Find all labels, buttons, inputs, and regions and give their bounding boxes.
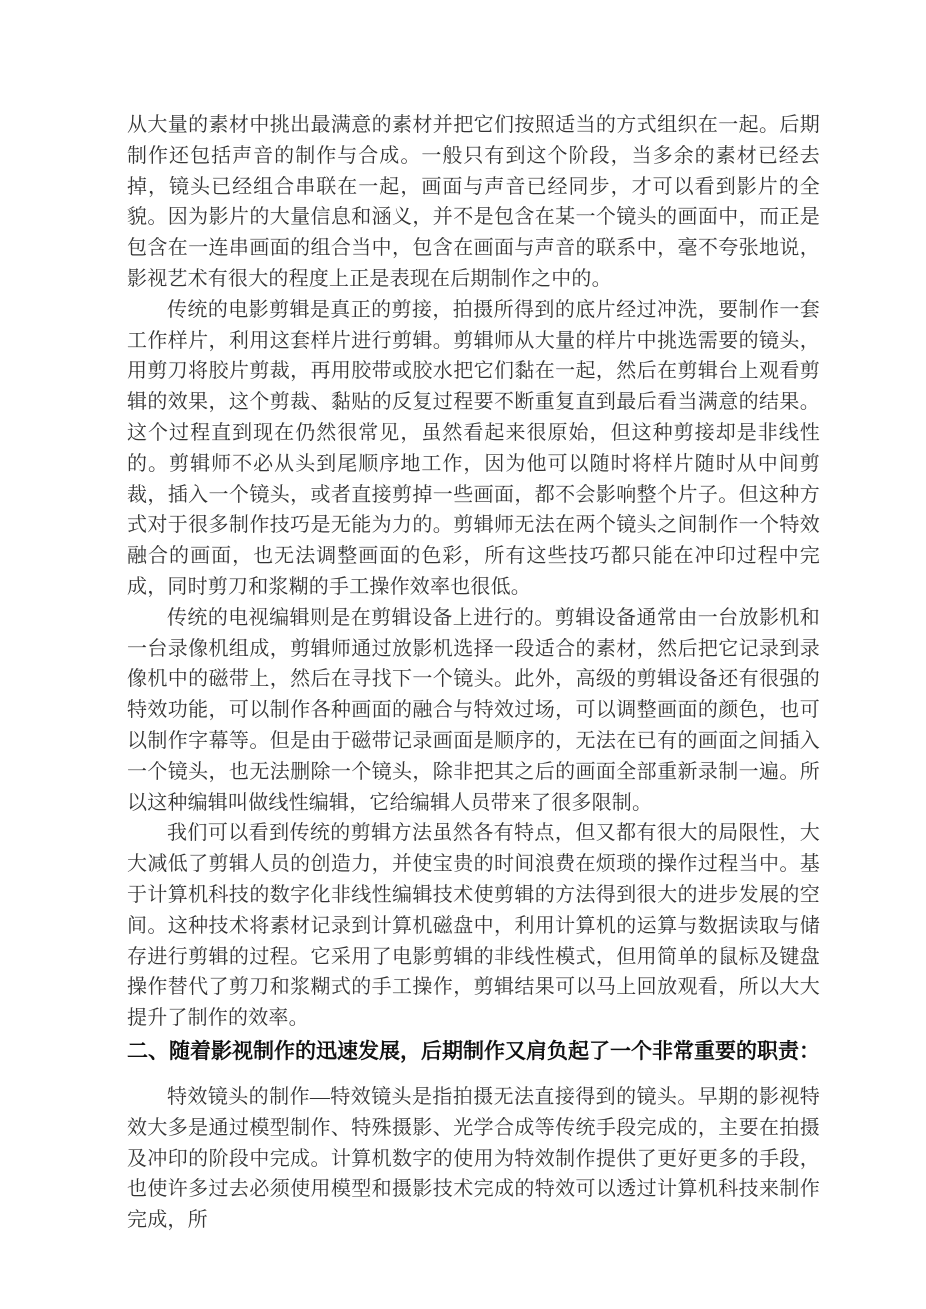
section-heading-2: 二、随着影视制作的迅速发展，后期制作又肩负起了一个非常重要的职责： [127,1036,820,1068]
document-page: 从大量的素材中挑出最满意的素材并把它们按照适当的方式组织在一起。后期制作还包括声… [0,0,926,1309]
paragraph-continuation: 从大量的素材中挑出最满意的素材并把它们按照适当的方式组织在一起。后期制作还包括声… [127,110,820,295]
paragraph-tv-editing: 传统的电视编辑则是在剪辑设备上进行的。剪辑设备通常由一台放影机和一台录像机组成，… [127,603,820,819]
paragraph-film-editing: 传统的电影剪辑是真正的剪接，拍摄所得到的底片经过冲洗，要制作一套工作样片，利用这… [127,295,820,603]
paragraph-vfx-shots: 特效镜头的制作—特效镜头是指拍摄无法直接得到的镜头。早期的影视特效大多是通过模型… [127,1082,820,1236]
paragraph-nonlinear-editing: 我们可以看到传统的剪辑方法虽然各有特点，但又都有很大的局限性，大大减低了剪辑人员… [127,818,820,1034]
